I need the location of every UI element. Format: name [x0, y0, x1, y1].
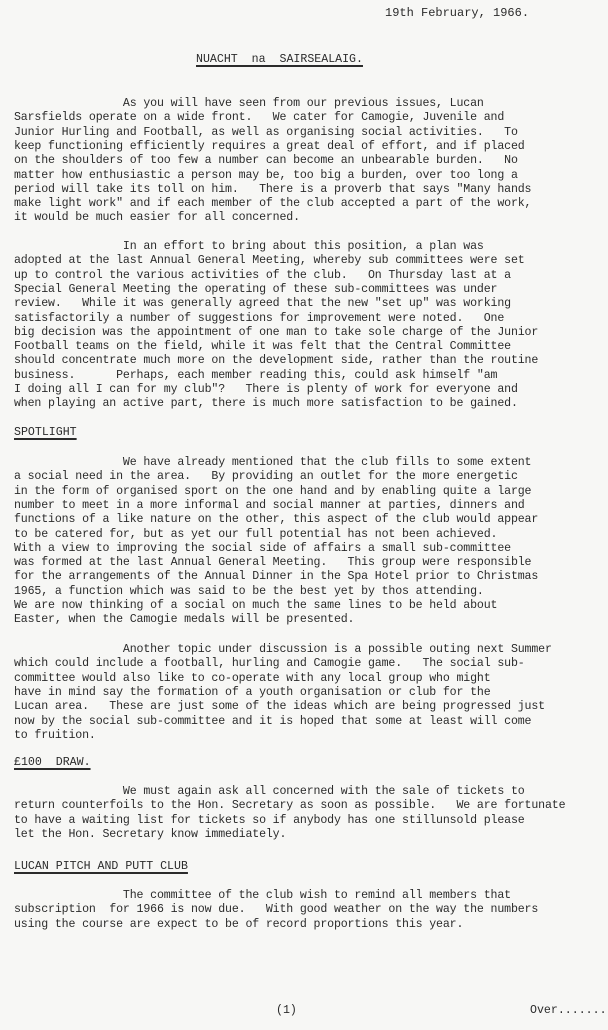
text-line: With a view to improving the social side…: [14, 542, 511, 556]
text-line: up to control the various activities of …: [14, 269, 511, 283]
text-line: period will take its toll on him. There …: [14, 183, 531, 197]
text-line: on the shoulders of too few a number can…: [14, 154, 518, 168]
text-line: matter how enthusiastic a person may be,…: [14, 169, 518, 183]
text-line: subscription for 1966 is now due. With g…: [14, 903, 538, 917]
text-line: return counterfoils to the Hon. Secretar…: [14, 799, 565, 813]
text-line: to be catered for, but as yet our full p…: [14, 528, 497, 542]
newsletter-title: NUACHT na SAIRSEALAIG.: [196, 53, 363, 66]
spotlight-heading: SPOTLIGHT: [14, 426, 77, 439]
text-line: We are now thinking of a social on much …: [14, 599, 497, 613]
text-line: using the course are expect to be of rec…: [14, 918, 463, 932]
text-line: it would be much easier for all concerne…: [14, 211, 300, 225]
text-line: business. Perhaps, each member reading t…: [14, 369, 497, 383]
text-line: big decision was the appointment of one …: [14, 326, 538, 340]
text-line: for the arrangements of the Annual Dinne…: [14, 570, 538, 584]
page-number: (1): [276, 1004, 297, 1017]
text-line: which could include a football, hurling …: [14, 657, 525, 671]
text-line: Sarsfields operate on a wide front. We c…: [14, 111, 504, 125]
text-line: Another topic under discussion is a poss…: [14, 643, 552, 657]
text-line: satisfactorily a number of suggestions f…: [14, 312, 504, 326]
text-line: to have a waiting list for tickets so if…: [14, 814, 525, 828]
text-line: let the Hon. Secretary know immediately.: [14, 828, 286, 842]
text-line: keep functioning efficiently requires a …: [14, 140, 525, 154]
text-line: in the form of organised sport on the on…: [14, 485, 531, 499]
text-line: We must again ask all concerned with the…: [14, 785, 525, 799]
continuation-note: Over.......: [530, 1004, 607, 1017]
text-line: Junior Hurling and Football, as well as …: [14, 126, 518, 140]
text-line: when playing an active part, there is mu…: [14, 397, 518, 411]
text-line: make light work" and if each member of t…: [14, 197, 531, 211]
text-line: review. While it was generally agreed th…: [14, 297, 511, 311]
pitch-putt-heading: LUCAN PITCH AND PUTT CLUB: [14, 860, 188, 873]
text-line: Special General Meeting the operating of…: [14, 283, 497, 297]
text-line: adopted at the last Annual General Meeti…: [14, 254, 525, 268]
draw-heading: £100 DRAW.: [14, 756, 91, 769]
text-line: We have already mentioned that the club …: [14, 456, 531, 470]
text-line: I doing all I can for my club"? There is…: [14, 383, 518, 397]
text-line: In an effort to bring about this positio…: [14, 240, 484, 254]
text-line: have in mind say the formation of a yout…: [14, 686, 491, 700]
text-line: should concentrate much more on the deve…: [14, 354, 538, 368]
newsletter-page: 19th February, 1966. NUACHT na SAIRSEALA…: [0, 0, 608, 1030]
text-line: to fruition.: [14, 729, 96, 743]
document-date: 19th February, 1966.: [385, 6, 529, 20]
text-line: The committee of the club wish to remind…: [14, 889, 511, 903]
text-line: functions of a like nature on the other,…: [14, 513, 538, 527]
text-line: As you will have seen from our previous …: [14, 97, 484, 111]
text-line: now by the social sub-committee and it i…: [14, 715, 531, 729]
text-line: number to meet in a more informal and so…: [14, 499, 525, 513]
text-line: was formed at the last Annual General Me…: [14, 556, 531, 570]
text-line: a social need in the area. By providing …: [14, 470, 518, 484]
text-line: Easter, when the Camogie medals will be …: [14, 613, 354, 627]
text-line: Lucan area. These are just some of the i…: [14, 700, 545, 714]
text-line: 1965, a function which was said to be th…: [14, 585, 484, 599]
text-line: committee would also like to co-operate …: [14, 672, 491, 686]
text-line: Football teams on the field, while it wa…: [14, 340, 511, 354]
